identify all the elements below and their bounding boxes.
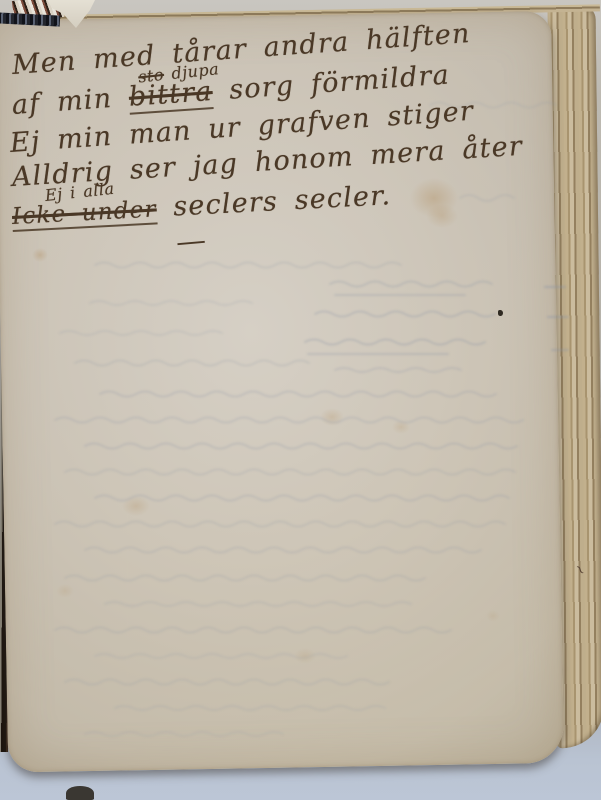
closing-dash: —: [175, 223, 208, 260]
binding-blob: [66, 786, 94, 800]
ink-speck: [498, 310, 503, 316]
photo-of-notebook: Men med tårar andra hälften af min bittr…: [0, 0, 601, 800]
line-2-insertion-struck: sto: [137, 65, 165, 87]
